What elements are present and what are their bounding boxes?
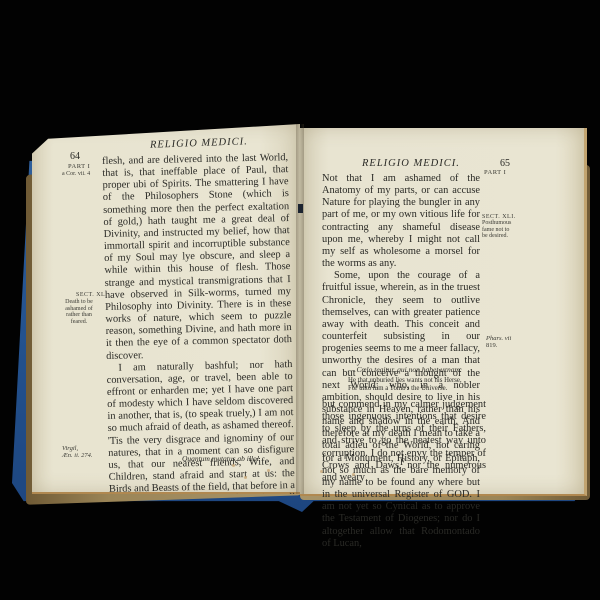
quotation: Quantum mutatus ab illo! [182,454,259,463]
page-number: 64 [70,151,80,162]
running-head: RELIGIO MEDICI. [362,158,460,169]
continuation-text: but commend in my calmer judgement those… [322,399,486,484]
verse-line: For unto him a Tomb's the Universe. [348,385,447,393]
margin-citation-ref: Æn. ii. 274. [62,453,93,460]
foxing-spot [232,464,235,467]
margin-citation-ref: 819. [486,343,497,350]
paragraph: flesh, and are delivered into the last W… [102,152,292,363]
foxing-spot [244,476,247,479]
running-head: RELIGIO MEDICI. [150,136,248,150]
signature-mark: F [400,457,405,467]
foxing-spot [320,470,323,473]
right-body-text: Not that I am ashamed of the Anatomy of … [322,173,480,550]
photo-background: RELIGIO MEDICI. 64 PART I a Cor. vii. 4 … [0,0,600,600]
verse-line: He that unburied lies wants not his Hers… [348,377,462,385]
margin-part: PART I [484,170,506,177]
quotation: — Cœlo tegitur, qui non habet urnam. [348,365,462,374]
margin-part: PART I [68,164,90,171]
foxing-spot [267,469,270,472]
left-body-text: flesh, and are delivered into the last W… [102,152,297,593]
paragraph: Not that I am ashamed of the Anatomy of … [322,173,480,270]
margin-reference: a Cor. vii. 4 [62,171,90,178]
page-number: 65 [500,158,510,169]
margin-section-note: Death to be ashamed of rather than feare… [62,299,96,325]
margin-section: SECT. XL. [76,292,107,299]
foxing-spot [352,473,355,476]
margin-section-note: Posthumous fame not to be desired. [482,220,514,240]
left-page: RELIGIO MEDICI. 64 PART I a Cor. vii. 4 … [32,124,300,494]
right-page: RELIGIO MEDICI. 65 PART I SECT. XLI. Pos… [300,128,587,496]
binding-thread [298,204,303,213]
paragraph: I am naturally bashful; nor hath convers… [106,359,297,594]
book-gutter [296,124,304,494]
